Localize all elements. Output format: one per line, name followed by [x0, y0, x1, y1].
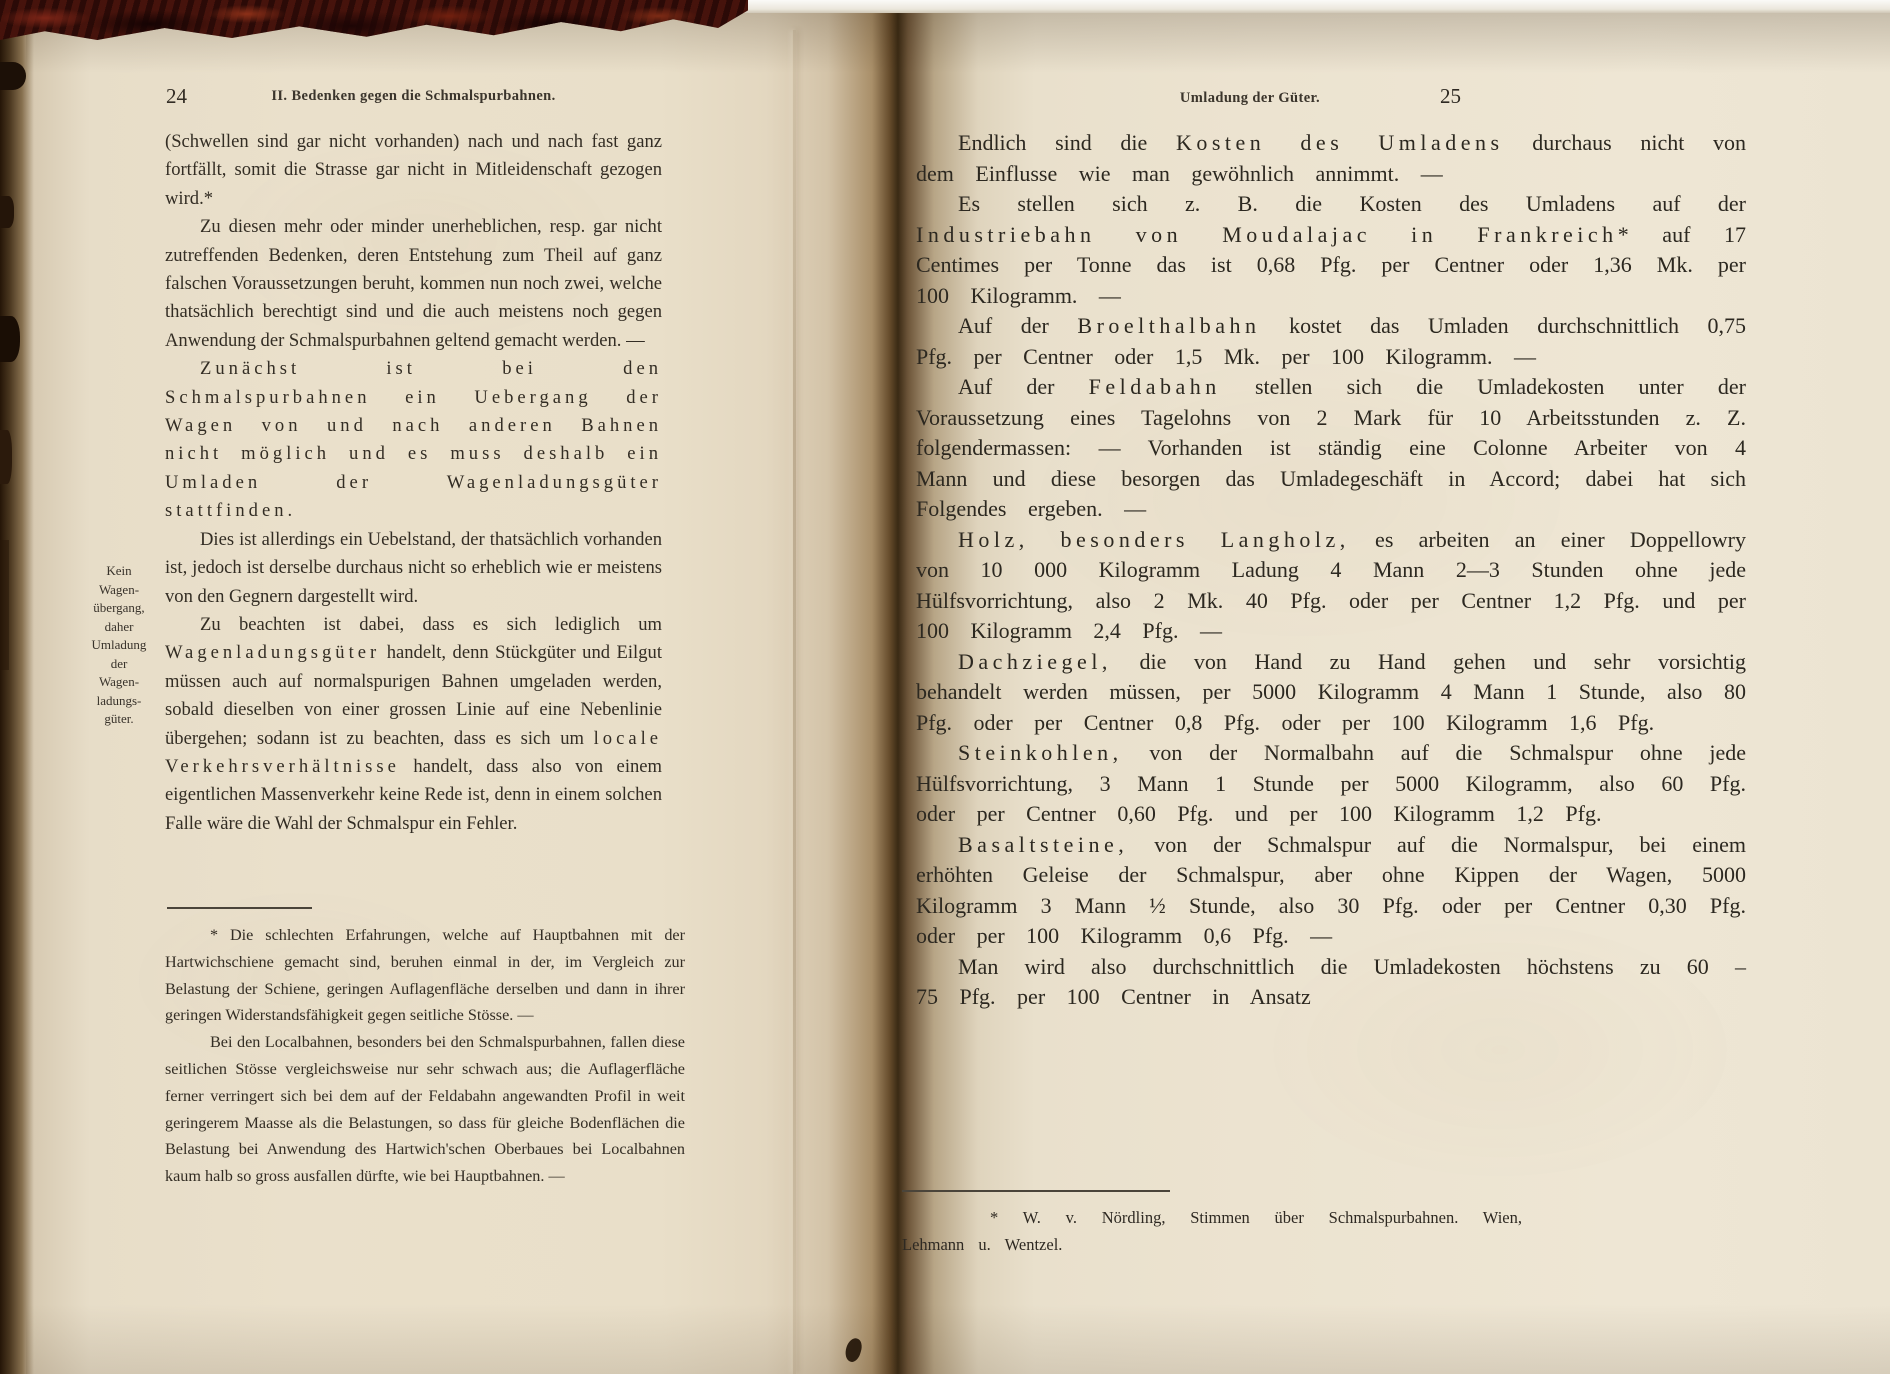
- margin-note-line: güter.: [76, 710, 162, 729]
- right-page-footnotes: * W. v. Nördling, Stimmen über Schmalspu…: [902, 1204, 1522, 1258]
- book-edge-mark: [0, 540, 9, 670]
- paragraph: Bei den Localbahnen, besonders bei den S…: [165, 1029, 685, 1190]
- margin-note-line: Umladung: [76, 636, 162, 655]
- paragraph: Auf der Broelthalbahn kostet das Umladen…: [916, 311, 1746, 372]
- book-edge-mark: [0, 430, 12, 484]
- book-edge-mark: [0, 62, 26, 90]
- margin-note-line: Wagen-: [76, 673, 162, 692]
- body-text: Zu beachten ist dabei, dass es sich ledi…: [200, 614, 662, 635]
- body-text: Bei den Localbahnen, besonders bei den S…: [165, 1033, 685, 1185]
- paragraph: (Schwellen sind gar nicht vorhanden) nac…: [165, 128, 662, 213]
- spaced-emphasis-text: Broelthalbahn: [1077, 313, 1260, 338]
- right-page-body: Endlich sind die Kosten des Umladens dur…: [916, 128, 1746, 1013]
- spaced-emphasis-text: Basaltsteine,: [958, 832, 1128, 857]
- body-text: Man wird also durchschnittlich die Umlad…: [916, 954, 1746, 1010]
- paragraph: Es stellen sich z. B. die Kosten des Uml…: [916, 189, 1746, 311]
- book-edge-mark: [0, 196, 14, 228]
- paragraph: Dies ist allerdings ein Uebelstand, der …: [165, 526, 662, 611]
- left-running-head: II. Bedenken gegen die Schmalspurbahnen.: [165, 88, 662, 105]
- spaced-emphasis-text: Kosten des Umladens: [1176, 130, 1504, 155]
- spaced-emphasis-text: Steinkohlen,: [958, 740, 1123, 765]
- margin-note-line: übergang,: [76, 599, 162, 618]
- right-footnote-rule: [902, 1190, 1170, 1192]
- body-text: (Schwellen sind gar nicht vorhanden) nac…: [165, 131, 662, 209]
- body-text: Dies ist allerdings ein Uebelstand, der …: [165, 529, 662, 607]
- page-stack-top-edge: [735, 0, 1890, 13]
- left-footnote-rule: [167, 907, 312, 909]
- book-spread-photo: 24 II. Bedenken gegen die Schmalspurbahn…: [0, 0, 1890, 1374]
- paragraph: * W. v. Nördling, Stimmen über Schmalspu…: [902, 1204, 1522, 1258]
- margin-note-line: Kein: [76, 562, 162, 581]
- paragraph: Endlich sind die Kosten des Umladens dur…: [916, 128, 1746, 189]
- right-running-head: Umladung der Güter.: [1085, 90, 1415, 107]
- spaced-emphasis-text: Feldabahn: [1089, 374, 1221, 399]
- spaced-emphasis-text: Zunächst ist bei den Schmalspurbahnen ei…: [165, 358, 662, 521]
- body-text: * W. v. Nördling, Stimmen über Schmalspu…: [902, 1208, 1522, 1254]
- body-text: * Die schlechten Erfahrungen, welche auf…: [165, 926, 685, 1024]
- spaced-emphasis-text: Holz, besonders Langholz,: [958, 527, 1350, 552]
- margin-note-line: Wagen-: [76, 581, 162, 600]
- spaced-emphasis-text: Industriebahn von Moudalajac in Frankrei…: [916, 222, 1618, 247]
- paragraph: Dachziegel, die von Hand zu Hand gehen u…: [916, 647, 1746, 739]
- paragraph: Auf der Feldabahn stellen sich die Umlad…: [916, 372, 1746, 525]
- body-text: Auf der: [958, 313, 1077, 338]
- body-text: Es stellen sich z. B. die Kosten des Uml…: [958, 191, 1746, 216]
- body-text: Auf der: [958, 374, 1089, 399]
- body-text: Endlich sind die: [958, 130, 1176, 155]
- paragraph: Man wird also durchschnittlich die Umlad…: [916, 952, 1746, 1013]
- margin-note: KeinWagen-übergang,daherUmladungderWagen…: [76, 562, 162, 729]
- paragraph: Zunächst ist bei den Schmalspurbahnen ei…: [165, 355, 662, 525]
- paragraph: Holz, besonders Langholz, es arbeiten an…: [916, 525, 1746, 647]
- left-page-footnotes: * Die schlechten Erfahrungen, welche auf…: [165, 922, 685, 1190]
- spaced-emphasis-text: Wagenladungsgüter: [165, 642, 380, 663]
- paragraph: Basaltsteine, von der Schmalspur auf die…: [916, 830, 1746, 952]
- bottom-shadow: [26, 1304, 1890, 1374]
- right-page-number: 25: [1440, 84, 1461, 109]
- margin-note-line: der: [76, 655, 162, 674]
- spaced-emphasis-text: Dachziegel,: [958, 649, 1112, 674]
- margin-note-line: daher: [76, 618, 162, 637]
- paragraph: Zu diesen mehr oder minder unerheblichen…: [165, 213, 662, 355]
- body-text: Zu diesen mehr oder minder unerheblichen…: [165, 216, 662, 351]
- margin-note-line: ladungs-: [76, 692, 162, 711]
- book-edge-mark: [0, 316, 20, 362]
- left-page-body: (Schwellen sind gar nicht vorhanden) nac…: [165, 128, 662, 838]
- paragraph: * Die schlechten Erfahrungen, welche auf…: [165, 922, 685, 1029]
- left-page-fold-crease: [793, 30, 796, 1374]
- paragraph: Zu beachten ist dabei, dass es sich ledi…: [165, 611, 662, 838]
- paragraph: Steinkohlen, von der Normalbahn auf die …: [916, 738, 1746, 830]
